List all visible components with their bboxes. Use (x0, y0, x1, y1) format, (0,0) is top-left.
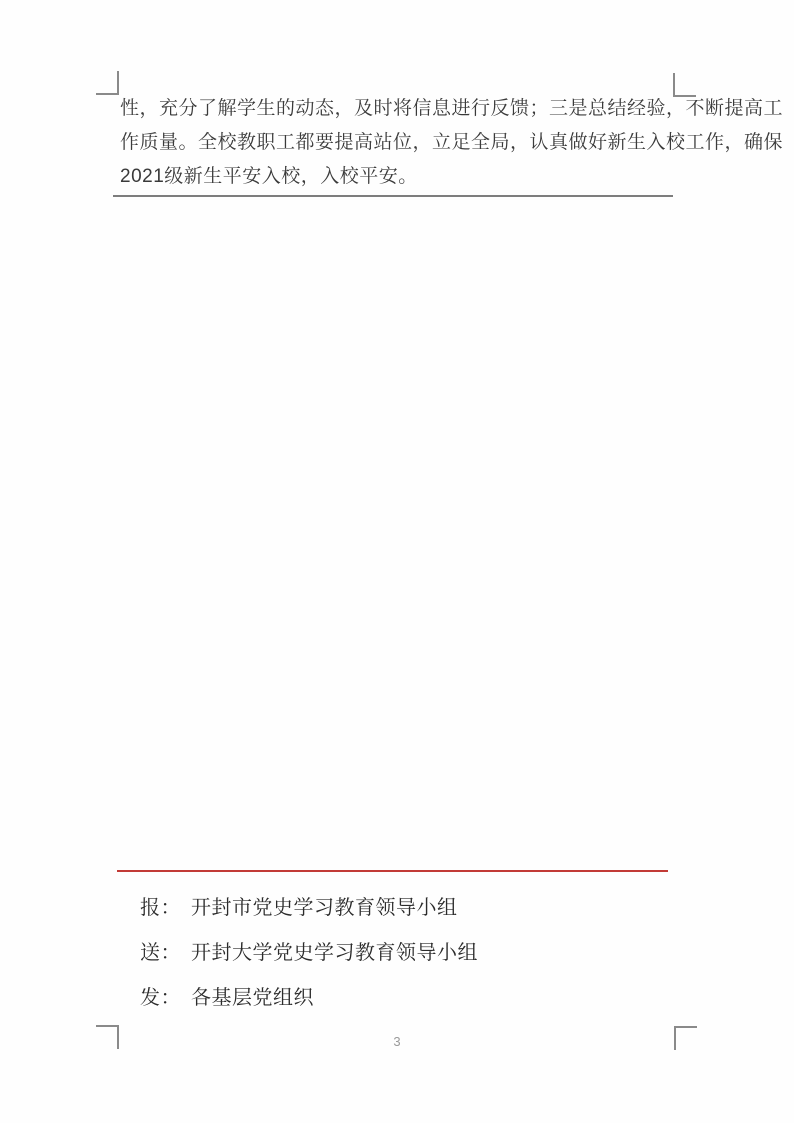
distribution-value: 开封市党史学习教育领导小组 (191, 897, 458, 919)
distribution-red-rule (117, 870, 668, 872)
crop-mark-top-left (96, 71, 119, 95)
distribution-label: 发： (140, 987, 181, 1009)
distribution-row-report: 报：开封市党史学习教育领导小组 (140, 886, 478, 931)
document-page: 性，充分了解学生的动态，及时将信息进行反馈；三是总结经验，不断提高工 作质量。全… (0, 0, 794, 1123)
distribution-row-issue: 发：各基层党组织 (140, 976, 478, 1021)
distribution-row-send: 送：开封大学党史学习教育领导小组 (140, 931, 478, 976)
distribution-label: 送： (140, 942, 181, 964)
distribution-label: 报： (140, 897, 181, 919)
page-number: 3 (0, 1034, 794, 1049)
distribution-block: 报：开封市党史学习教育领导小组 送：开封大学党史学习教育领导小组 发：各基层党组… (140, 886, 478, 1021)
paragraph-line: 2021级新生平安入校，入校平安。 (120, 160, 677, 194)
distribution-value: 各基层党组织 (191, 987, 314, 1009)
body-paragraph: 性，充分了解学生的动态，及时将信息进行反馈；三是总结经验，不断提高工 作质量。全… (120, 92, 677, 194)
paragraph-line: 性，充分了解学生的动态，及时将信息进行反馈；三是总结经验，不断提高工 (120, 92, 677, 126)
paragraph-line: 作质量。全校教职工都要提高站位，立足全局，认真做好新生入校工作，确保 (120, 126, 677, 160)
paragraph-divider-rule (113, 195, 673, 197)
distribution-value: 开封大学党史学习教育领导小组 (191, 942, 478, 964)
